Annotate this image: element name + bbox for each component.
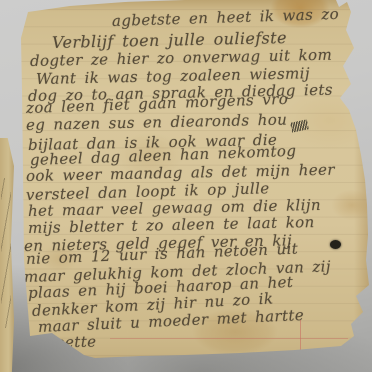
red-margin-line-horizontal [110,338,348,339]
red-margin-line-vertical [300,320,301,353]
handwritten-line: groette [38,332,97,352]
adjacent-paper-writing [1,178,11,328]
adjacent-paper-edge [0,138,14,372]
letter-paper: agbetste en heet ik was zo Verblijf toen… [0,0,372,372]
ink-blot [330,240,341,249]
photo-of-handwritten-letter: agbetste en heet ik was zo Verblijf toen… [0,0,372,372]
